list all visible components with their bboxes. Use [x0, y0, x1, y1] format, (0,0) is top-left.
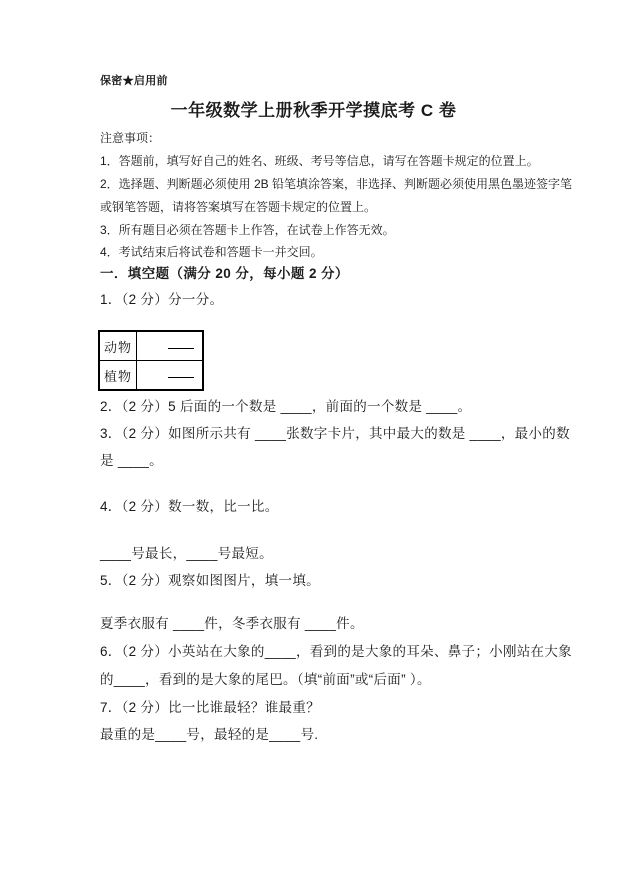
question-6-line-1: 6．（2 分）小英站在大象的____，看到的是大象的耳朵、鼻子；小刚站在大象 — [100, 640, 572, 660]
question-3-line-1: 3．（2 分）如图所示共有 ____张数字卡片，其中最大的数是 ____，最小的… — [100, 422, 570, 442]
notice-item-1: 1．答题前，填写好自己的姓名、班级、考号等信息，请写在答题卡规定的位置上。 — [100, 152, 539, 169]
question-5-text: 5．（2 分）观察如图图片，填一填。 — [100, 569, 320, 589]
question-4-text: 4．（2 分）数一数，比一比。 — [100, 495, 279, 515]
table-label-plant: 植物 — [99, 361, 137, 391]
exam-title: 一年级数学上册秋季开学摸底考 C 卷 — [0, 96, 627, 121]
table-answer-cell-plant — [137, 361, 204, 391]
answer-blank-plant — [168, 377, 194, 378]
question-2-text: 2．（2 分）5 后面的一个数是 ____，前面的一个数是 ____。 — [100, 395, 471, 415]
question-7-text: 7．（2 分）比一比谁最轻？谁最重？ — [100, 696, 320, 716]
answer-blank-animal — [168, 348, 194, 349]
table-row-plant: 植物 — [99, 361, 203, 391]
notice-heading: 注意事项： — [100, 129, 160, 146]
notice-item-2-line-2: 或钢笔答题，请将答案填写在答题卡规定的位置上。 — [100, 198, 376, 215]
table-label-animal: 动物 — [99, 331, 137, 361]
question-6-line-2: 的____，看到的是大象的尾巴。（填“前面”或“后面” ）。 — [100, 668, 431, 688]
question-4-answer-line: ____号最长，____号最短。 — [100, 542, 273, 562]
question-5-answer-line: 夏季衣服有 ____件，冬季衣服有 ____件。 — [100, 612, 364, 632]
question-7-answer-line: 最重的是____号，最轻的是____号. — [100, 723, 318, 743]
notice-item-3: 3．所有题目必须在答题卡上作答，在试卷上作答无效。 — [100, 221, 395, 238]
notice-item-4: 4．考试结束后将试卷和答题卡一并交回。 — [100, 243, 323, 260]
classify-table: 动物 植物 — [98, 330, 204, 391]
question-1-text: 1．（2 分）分一分。 — [100, 288, 223, 308]
question-3-line-2: 是 ____。 — [100, 449, 163, 469]
notice-item-2-line-1: 2．选择题、判断题必须使用 2B 铅笔填涂答案，非选择、判断题必须使用黑色墨迹签… — [100, 175, 572, 192]
table-row-animal: 动物 — [99, 331, 203, 361]
table-answer-cell-animal — [137, 331, 204, 361]
exam-paper-page: 保密★启用前 一年级数学上册秋季开学摸底考 C 卷 注意事项： 1．答题前，填写… — [0, 0, 627, 892]
confidential-label: 保密★启用前 — [100, 72, 168, 88]
section-1-heading: 一．填空题（满分 20 分，每小题 2 分） — [100, 262, 349, 282]
